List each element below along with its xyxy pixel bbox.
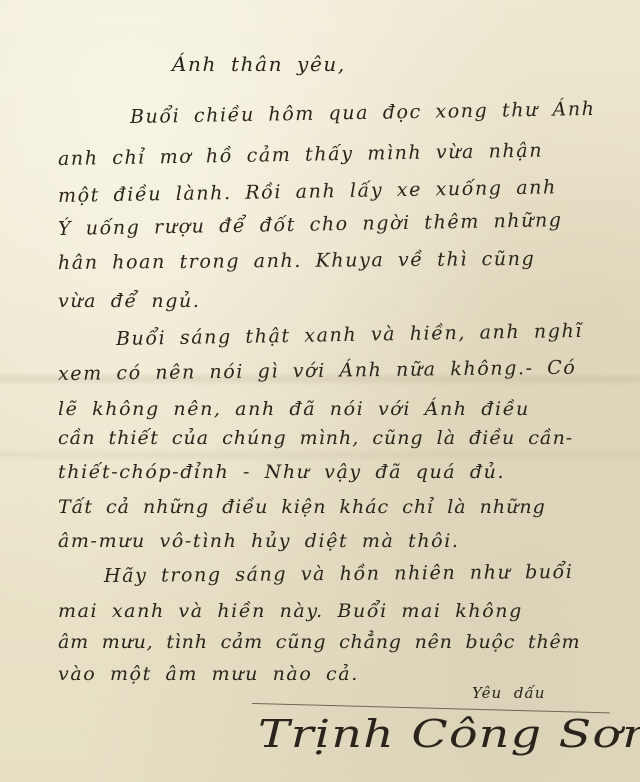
letter-line: Buổi sáng thật xanh và hiền, anh nghĩ bbox=[116, 320, 583, 350]
letter-line: âm-mưu vô-tình hủy diệt mà thôi. bbox=[58, 530, 460, 552]
letter-line: mai xanh và hiền này. Buổi mai không bbox=[58, 600, 523, 622]
letter-line: âm mưu, tình cảm cũng chẳng nên buộc thê… bbox=[58, 631, 580, 653]
paper-fold-crease bbox=[0, 448, 640, 462]
letter-greeting: Ánh thân yêu, bbox=[172, 52, 346, 76]
letter-line: thiết-chóp-đỉnh - Như vậy đã quá đủ. bbox=[58, 461, 505, 483]
letter-line: lẽ không nên, anh đã nói với Ánh điều bbox=[58, 398, 530, 420]
letter-line: Tất cả những điều kiện khác chỉ là những bbox=[58, 496, 546, 518]
letter-line: hân hoan trong anh. Khuya về thì cũng bbox=[58, 248, 535, 274]
letter-line: vào một âm mưu nào cả. bbox=[58, 663, 359, 685]
letter-closing: Yêu dấu bbox=[472, 684, 545, 702]
letter-line: Ý uống rượu để đốt cho ngời thêm những bbox=[58, 209, 563, 240]
letter-line: anh chỉ mơ hồ cảm thấy mình vừa nhận bbox=[58, 140, 543, 170]
letter-line: vừa để ngủ. bbox=[58, 290, 201, 312]
letter-line: cần thiết của chúng mình, cũng là điều c… bbox=[58, 427, 573, 449]
signature: Trịnh Công Sơn bbox=[258, 712, 640, 756]
letter-page: Ánh thân yêu, Buổi chiều hôm qua đọc xon… bbox=[0, 0, 640, 782]
letter-line: một điều lành. Rồi anh lấy xe xuống anh bbox=[58, 176, 557, 207]
letter-line: Hãy trong sáng và hồn nhiên như buổi bbox=[104, 561, 574, 587]
letter-line: Buổi chiều hôm qua đọc xong thư Ánh bbox=[130, 98, 596, 128]
